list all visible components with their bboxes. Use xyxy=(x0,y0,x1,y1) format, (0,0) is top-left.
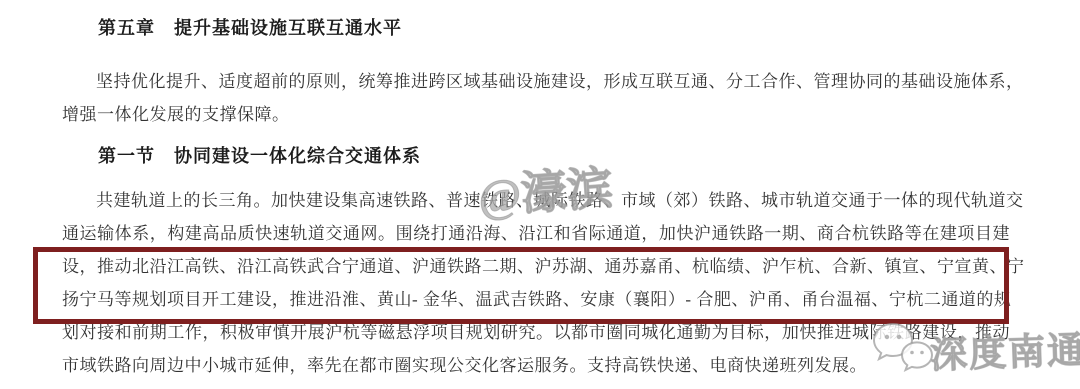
body-line: 增强一体化发展的支撑保障。 xyxy=(62,98,1010,131)
document-page: 第五章 提升基础设施互联互通水平 坚持优化提升、适度超前的原则，统筹推进跨区域基… xyxy=(0,0,1080,389)
body-line-highlighted: 设，推动北沿江高铁、沿江高铁武合宁通道、沪通铁路二期、沪苏湖、通苏嘉甬、杭临绩、… xyxy=(62,250,1010,283)
body-line-highlighted: 扬宁马等规划项目开工建设，推进沿淮、黄山- 金华、温武吉铁路、安康（襄阳）- 合… xyxy=(62,283,1010,316)
body-line: 通运输体系，构建高品质快速轨道交通网。围绕打通沿海、沿江和省际通道，加快沪通铁路… xyxy=(62,217,1010,250)
body-line: 市域铁路向周边中小城市延伸，率先在都市圈实现公交化客运服务。支持高铁快递、电商快… xyxy=(62,349,1010,382)
body-line: 坚持优化提升、适度超前的原则，统筹推进跨区域基础设施建设，形成互联互通、分工合作… xyxy=(62,65,1010,98)
body-line: 划对接和前期工作，积极审慎开展沪杭等磁悬浮项目规划研究。以都市圈同城化通勤为目标… xyxy=(62,316,1010,349)
chapter-heading: 第五章 提升基础设施互联互通水平 xyxy=(62,12,1010,45)
body-line: 共建轨道上的长三角。加快建设集高速铁路、普速铁路、城际铁路、市域（郊）铁路、城市… xyxy=(62,184,1010,217)
section-heading: 第一节 协同建设一体化综合交通体系 xyxy=(62,140,1010,173)
paragraph-principles: 坚持优化提升、适度超前的原则，统筹推进跨区域基础设施建设，形成互联互通、分工合作… xyxy=(62,65,1010,131)
paragraph-rail-network: 共建轨道上的长三角。加快建设集高速铁路、普速铁路、城际铁路、市域（郊）铁路、城市… xyxy=(62,184,1010,382)
